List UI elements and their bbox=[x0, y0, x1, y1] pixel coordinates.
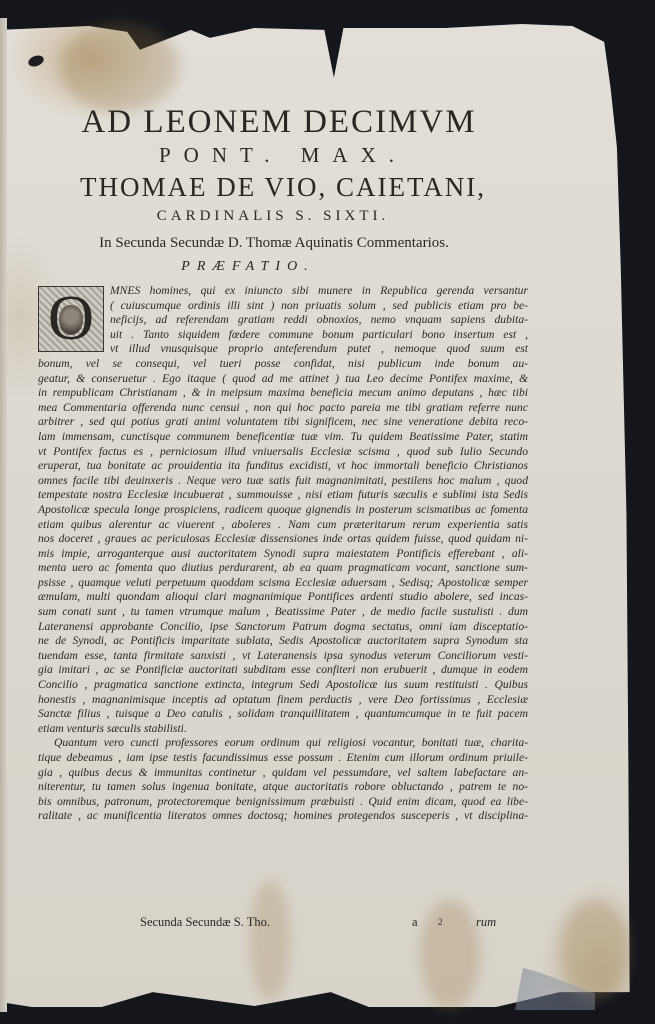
page-footer: Secunda Secundæ S. Tho. a 2 rum bbox=[140, 915, 530, 933]
text-line: omnes facile tibi deuinxeris . Neque ver… bbox=[38, 474, 528, 489]
text-line: æmulam, multi quondam alioqui clari magn… bbox=[38, 590, 528, 605]
text-line: etiam quibus alerentur ac viuerent , abo… bbox=[38, 518, 528, 533]
text-line: gia , quibus decus & immunitas continetu… bbox=[38, 766, 528, 781]
page-binding-edge bbox=[0, 18, 7, 1012]
text-line-last: etiam venturis sæculis stabilisti. bbox=[38, 722, 528, 737]
signature-title: Secunda Secundæ S. Tho. bbox=[140, 915, 270, 930]
text-line: arbitrer , sed qui potius grati animi vo… bbox=[38, 415, 528, 430]
text-line: psisse , quamque veluti perpetuum quodda… bbox=[38, 576, 528, 591]
text-line: nos doceret , graues ac periculosas Eccl… bbox=[38, 532, 528, 547]
text-line: ralitate , ac munificentia literatos omn… bbox=[38, 809, 528, 824]
document-content: AD LEONEM DECIMVM PONT. MAX. THOMAE DE V… bbox=[38, 100, 528, 824]
text-line: neficijs, ad referendam gratiam reddi ob… bbox=[38, 313, 528, 328]
decorated-initial: O bbox=[38, 286, 104, 352]
text-line: eruperat, tua bonitate ac prouidentia it… bbox=[38, 459, 528, 474]
subtitle: In Secunda Secundæ D. Thomæ Aquinatis Co… bbox=[20, 230, 528, 256]
text-line: Lateranensi approbante Concilio, ipse Sa… bbox=[38, 620, 528, 635]
text-line: ( cuiuscumque ordinis illi sint ) non pr… bbox=[38, 299, 528, 314]
text-line: niterentur, tu tamen solus ingenua bonit… bbox=[38, 780, 528, 795]
water-stain bbox=[250, 880, 290, 1000]
signature-number: 2 bbox=[438, 917, 443, 927]
preface-body: O MNES homines, qui ex iniuncto sibi mun… bbox=[38, 284, 528, 824]
initial-letter: O bbox=[43, 289, 99, 347]
text-line: vt illud vnusquisque proprio anteferendu… bbox=[38, 342, 528, 357]
text-line: gia imitari , ac se Pontificiæ auctorita… bbox=[38, 663, 528, 678]
title-line-2: PONT. MAX. bbox=[38, 142, 528, 168]
text-line: mis impie, arroganterque ausi auctoritat… bbox=[38, 547, 528, 562]
title-line-3: THOMAE DE VIO, CAIETANI, bbox=[38, 170, 528, 204]
text-line: geatur, & conseruetur . Ego itaque ( quo… bbox=[38, 372, 528, 387]
title-line-1: AD LEONEM DECIMVM bbox=[30, 100, 528, 144]
text-line: in rempublicam Christianam , & in meipsu… bbox=[38, 386, 528, 401]
text-line: bonum, vel se consequi, vel tueri posse … bbox=[38, 357, 528, 372]
text-line: lam immensam, cunctisque communem benefi… bbox=[38, 430, 528, 445]
text-line: menta uero ac fomenta quo diutius perdur… bbox=[38, 561, 528, 576]
catchword: rum bbox=[476, 915, 496, 930]
text-line: tique debeamus , iam ipse testis facundi… bbox=[38, 751, 528, 766]
text-line-paragraph-start: Quantum vero cuncti professores eorum or… bbox=[38, 736, 528, 751]
text-line: mea Commentaria offerenda nunc censui , … bbox=[38, 401, 528, 416]
text-line: Apostolicæ specula longe prospiciens, ra… bbox=[38, 503, 528, 518]
text-line: ne de Synodi, ac Pontificis imparitate s… bbox=[38, 634, 528, 649]
text-line: uit . Tanto siquidem fœdere commune bonu… bbox=[38, 328, 528, 343]
text-line: tuendam esse, tanta firmitate sanxisti ,… bbox=[38, 649, 528, 664]
section-heading: PRÆFATIO. bbox=[0, 256, 528, 278]
text-line: tempestate nostra Ecclesiæ incubuerat , … bbox=[38, 488, 528, 503]
text-line: MNES homines, qui ex iniuncto sibi muner… bbox=[38, 284, 528, 299]
text-line: Sanctæ filius , tuisque a Deo catulis , … bbox=[38, 707, 528, 722]
water-stain bbox=[60, 22, 180, 112]
text-line: vt Pontifex factus es , perniciosum illu… bbox=[38, 445, 528, 460]
text-line: Concilio , pragmatica sanctione extincta… bbox=[38, 678, 528, 693]
text-line: bis omnibus, patronum, protectoremque be… bbox=[38, 795, 528, 810]
title-line-4: CARDINALIS S. SIXTI. bbox=[18, 204, 528, 228]
signature-mark: a bbox=[412, 915, 418, 930]
text-line: sum conati sunt , tu tamen vtrumque malu… bbox=[38, 605, 528, 620]
text-line: honestis , magnanimisque inceptis ad opt… bbox=[38, 693, 528, 708]
